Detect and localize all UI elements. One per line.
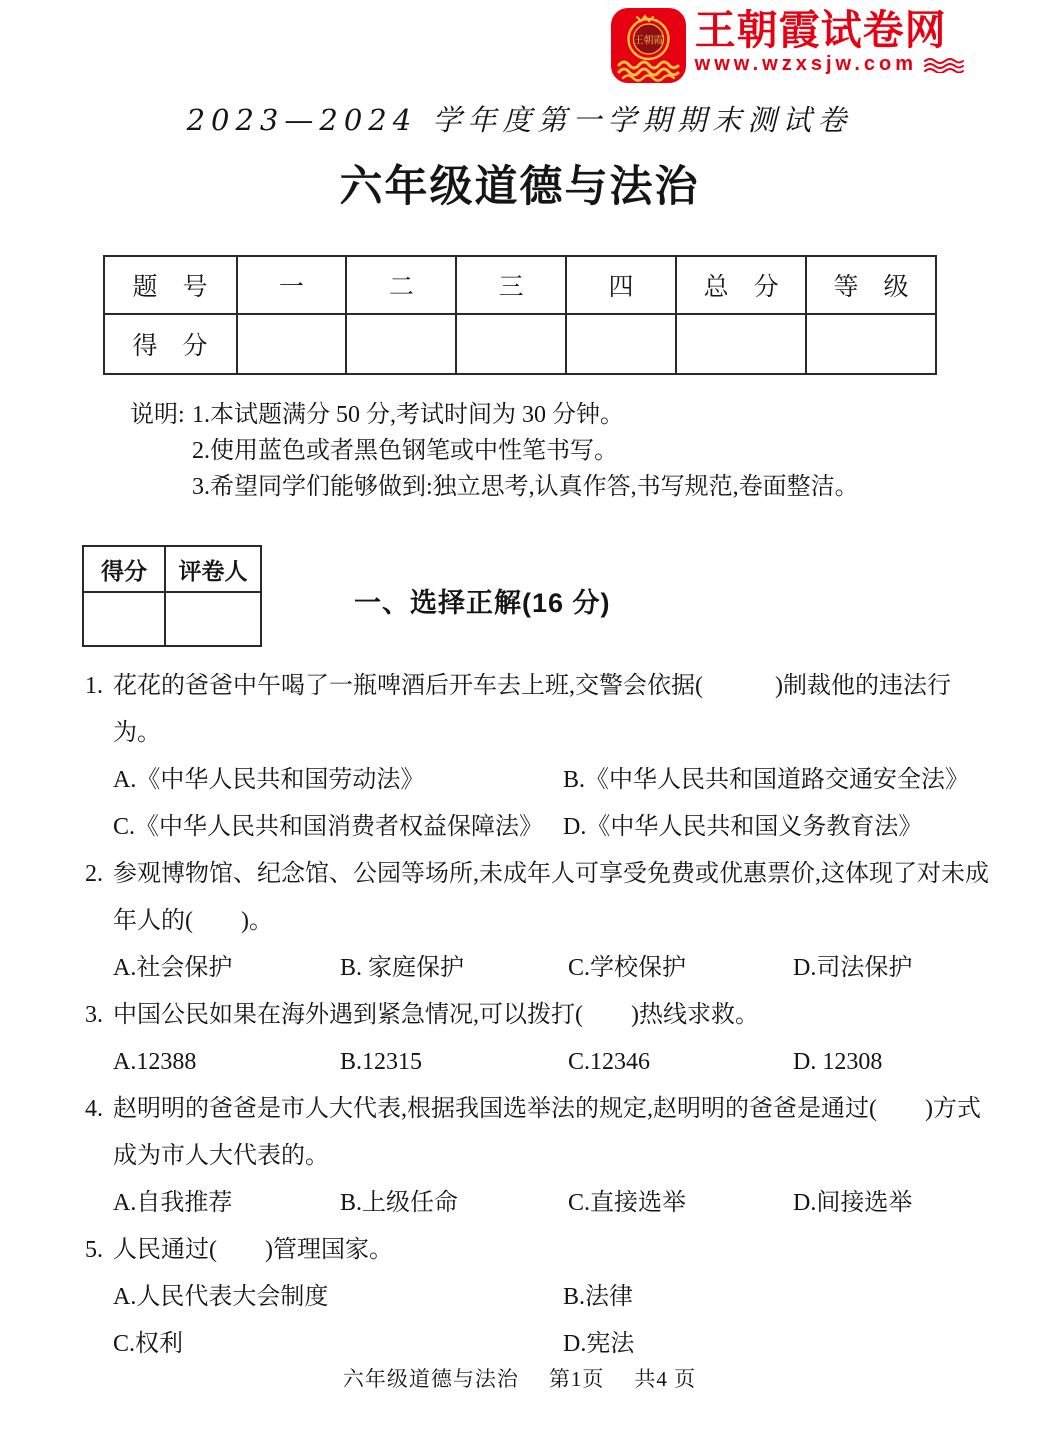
option-c: C.权利	[113, 1321, 563, 1368]
option-b: B.法律	[563, 1274, 991, 1321]
score-table-header: 等 级	[806, 256, 935, 314]
option-c: C.直接选举	[568, 1180, 793, 1227]
score-table-header: 四	[566, 256, 676, 314]
site-name: 王朝霞试卷网	[695, 8, 965, 52]
footer-page-number: 第1页	[549, 1367, 605, 1391]
option-c: C.12346	[568, 1039, 793, 1086]
exam-title: 六年级道德与法治	[0, 159, 1039, 215]
site-url: www.wzxsjw.com	[695, 53, 917, 76]
option-d: D.司法保护	[793, 945, 991, 992]
page-footer: 六年级道德与法治第1页共4 页	[0, 1363, 1039, 1393]
score-empty-cell	[346, 314, 456, 374]
question-number: 1.	[85, 663, 113, 851]
option-d: D. 12308	[793, 1039, 991, 1086]
section-title: 一、选择正解(16 分)	[354, 581, 611, 620]
question-text: 花花的爸爸中午喝了一瓶啤酒后开车去上班,交警会依据( )制裁他的违法行为。	[113, 663, 991, 757]
instruction-item: 3.希望同学们能够做到:独立思考,认真作答,书写规范,卷面整洁。	[192, 469, 859, 505]
option-d: D.宪法	[563, 1321, 991, 1368]
option-a: A.社会保护	[113, 945, 340, 992]
score-table-header: 二	[346, 256, 456, 314]
option-d: D.间接选举	[793, 1180, 991, 1227]
score-empty-cell	[83, 592, 165, 646]
question-number: 3.	[85, 992, 113, 1086]
exam-instructions: 说明: 1.本试题满分 50 分,考试时间为 30 分钟。 2.使用蓝色或者黑色…	[130, 397, 979, 505]
question-1: 1. 花花的爸爸中午喝了一瓶啤酒后开车去上班,交警会依据( )制裁他的违法行为。…	[85, 663, 991, 851]
score-table-header: 总 分	[676, 256, 807, 314]
question-text: 中国公民如果在海外遇到紧急情况,可以拨打( )热线求救。	[113, 992, 991, 1039]
instruction-item: 1.本试题满分 50 分,考试时间为 30 分钟。	[192, 397, 624, 433]
grader-label: 评卷人	[165, 546, 261, 592]
score-table-header: 题 号	[104, 256, 237, 314]
site-logo: 王朝霞 王朝霞试卷网 www.wzxsjw.com	[611, 8, 965, 83]
option-a: A.《中华人民共和国劳动法》	[113, 757, 563, 804]
score-summary-table: 题 号 一 二 三 四 总 分 等 级 得 分	[103, 255, 937, 375]
score-empty-cell	[676, 314, 807, 374]
score-table-header: 一	[237, 256, 347, 314]
question-text: 赵明明的爸爸是市人大代表,根据我国选举法的规定,赵明明的爸爸是通过( )方式成为…	[113, 1086, 991, 1180]
option-a: A.12388	[113, 1039, 340, 1086]
grader-score-box: 得分 评卷人	[82, 545, 262, 647]
question-5: 5. 人民通过( )管理国家。 A.人民代表大会制度 B.法律 C.权利 D.宪…	[85, 1227, 991, 1368]
score-empty-cell	[806, 314, 935, 374]
question-number: 2.	[85, 851, 113, 992]
exam-page: 王朝霞 王朝霞试卷网 www.wzxsjw.com 2023—2024 学年度第…	[0, 0, 1039, 1452]
instructions-label: 说明:	[130, 397, 192, 433]
triple-wave-icon	[923, 57, 965, 73]
question-text: 参观博物馆、纪念馆、公园等场所,未成年人可享受免费或优惠票价,这体现了对未成年人…	[113, 851, 991, 945]
site-logo-icon: 王朝霞	[611, 8, 686, 83]
grader-empty-cell	[165, 592, 261, 646]
question-number: 5.	[85, 1227, 113, 1368]
option-d: D.《中华人民共和国义务教育法》	[563, 804, 991, 851]
question-list: 1. 花花的爸爸中午喝了一瓶啤酒后开车去上班,交警会依据( )制裁他的违法行为。…	[85, 663, 991, 1368]
footer-course: 六年级道德与法治	[343, 1367, 519, 1391]
option-b: B.上级任命	[340, 1180, 568, 1227]
logo-emblem-text: 王朝霞	[633, 34, 663, 47]
site-logo-text: 王朝霞试卷网 www.wzxsjw.com	[695, 8, 965, 76]
score-empty-cell	[566, 314, 676, 374]
option-b: B.《中华人民共和国道路交通安全法》	[563, 757, 991, 804]
footer-page-total: 共4 页	[634, 1367, 696, 1391]
question-3: 3. 中国公民如果在海外遇到紧急情况,可以拨打( )热线求救。 A.12388 …	[85, 992, 991, 1086]
question-4: 4. 赵明明的爸爸是市人大代表,根据我国选举法的规定,赵明明的爸爸是通过( )方…	[85, 1086, 991, 1227]
option-a: A.人民代表大会制度	[113, 1274, 563, 1321]
question-number: 4.	[85, 1086, 113, 1227]
question-2: 2. 参观博物馆、纪念馆、公园等场所,未成年人可享受免费或优惠票价,这体现了对未…	[85, 851, 991, 992]
score-table-header: 三	[456, 256, 566, 314]
option-a: A.自我推荐	[113, 1180, 340, 1227]
score-empty-cell	[237, 314, 347, 374]
score-row-label: 得 分	[104, 314, 237, 374]
instruction-item: 2.使用蓝色或者黑色钢笔或中性笔书写。	[192, 433, 618, 469]
option-c: C.学校保护	[568, 945, 793, 992]
option-b: B. 家庭保护	[340, 945, 568, 992]
question-text: 人民通过( )管理国家。	[113, 1227, 991, 1274]
option-b: B.12315	[340, 1039, 568, 1086]
score-label: 得分	[83, 546, 165, 592]
score-empty-cell	[456, 314, 566, 374]
option-c: C.《中华人民共和国消费者权益保障法》	[113, 804, 563, 851]
